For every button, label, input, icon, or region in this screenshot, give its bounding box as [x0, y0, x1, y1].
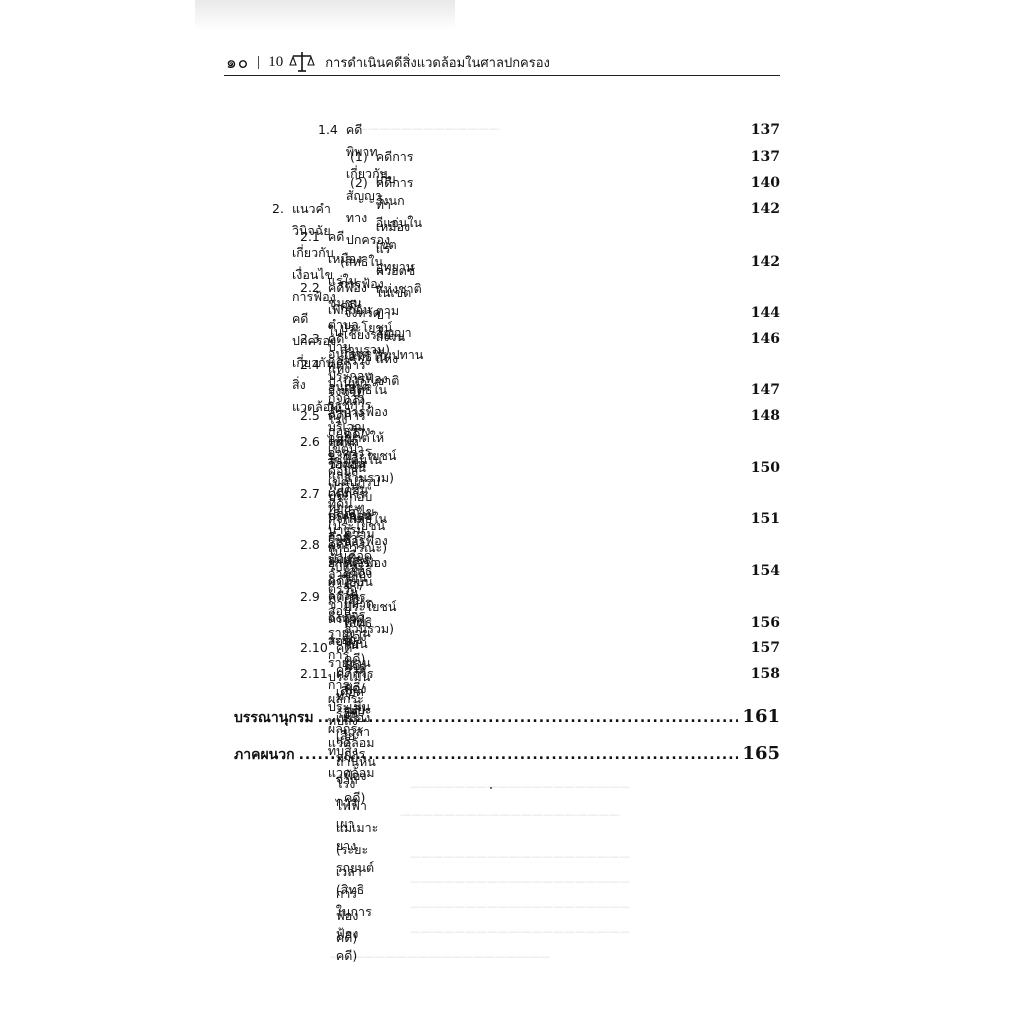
toc-entry-number: 2.7 — [300, 483, 320, 505]
running-head: ๑๐ | 10 การดำเนินคดีสิ่งแวดล้อมในศาลปกคร… — [226, 50, 550, 74]
toc-entry-number: (1) — [350, 146, 368, 168]
scan-shadow — [195, 0, 455, 30]
toc-entry-number: 2.4 — [300, 354, 320, 376]
toc-entry-number: 2.10 — [300, 637, 328, 659]
header-rule — [224, 75, 780, 76]
toc-page-number: 142 — [738, 198, 780, 220]
toc-page-number: 144 — [738, 302, 780, 324]
toc-page-number: 147 — [738, 379, 780, 401]
toc-entry-number: 2.1 — [300, 226, 320, 248]
toc-entry-number: 2.11 — [300, 663, 328, 685]
toc-entry-number: 1.4 — [318, 119, 338, 141]
toc-page-number: 158 — [738, 663, 780, 685]
toc-entry-number: 2. — [272, 198, 284, 220]
toc-entry-number: 2.5 — [300, 405, 320, 427]
toc-major-page-number: 165 — [742, 741, 780, 767]
toc-entry-number: 2.6 — [300, 431, 320, 453]
toc-page-number: 140 — [738, 172, 780, 194]
page-separator: | — [257, 54, 260, 71]
toc-page-number: 157 — [738, 637, 780, 659]
toc-page-number: 154 — [738, 560, 780, 582]
toc-major-entry: บรรณานุกรม161 — [234, 704, 780, 731]
toc-entry-number: 2.2 — [300, 277, 320, 299]
book-title: การดำเนินคดีสิ่งแวดล้อมในศาลปกครอง — [325, 52, 550, 73]
toc-entry-number: 2.8 — [300, 534, 320, 556]
scales-of-justice-icon — [289, 51, 315, 73]
dot-leader — [318, 705, 739, 731]
toc-entry-number: 2.9 — [300, 586, 320, 608]
toc-page-number: 148 — [738, 405, 780, 427]
dot-leader — [299, 742, 739, 768]
toc-page-number: 151 — [738, 508, 780, 530]
toc-major-title: ภาคผนวก — [234, 742, 295, 768]
page-number-arabic: 10 — [268, 54, 283, 71]
toc-major-entry: ภาคผนวก165 — [234, 741, 780, 768]
page-number-thai: ๑๐ — [226, 49, 249, 76]
toc-major-title: บรรณานุกรม — [234, 705, 314, 731]
toc-page-number: 137 — [738, 146, 780, 168]
toc-major-page-number: 161 — [742, 704, 780, 730]
toc-page-number: 146 — [738, 328, 780, 350]
toc-entry-number: 2.3 — [300, 328, 320, 350]
toc-page-number: 150 — [738, 457, 780, 479]
toc-page-number: 142 — [738, 251, 780, 273]
toc-entry-number: (2) — [350, 172, 368, 194]
book-page: ————————————— ———————————————————— —————… — [0, 0, 1024, 1024]
toc-page-number: 156 — [738, 612, 780, 634]
toc-page-number: 137 — [738, 119, 780, 141]
